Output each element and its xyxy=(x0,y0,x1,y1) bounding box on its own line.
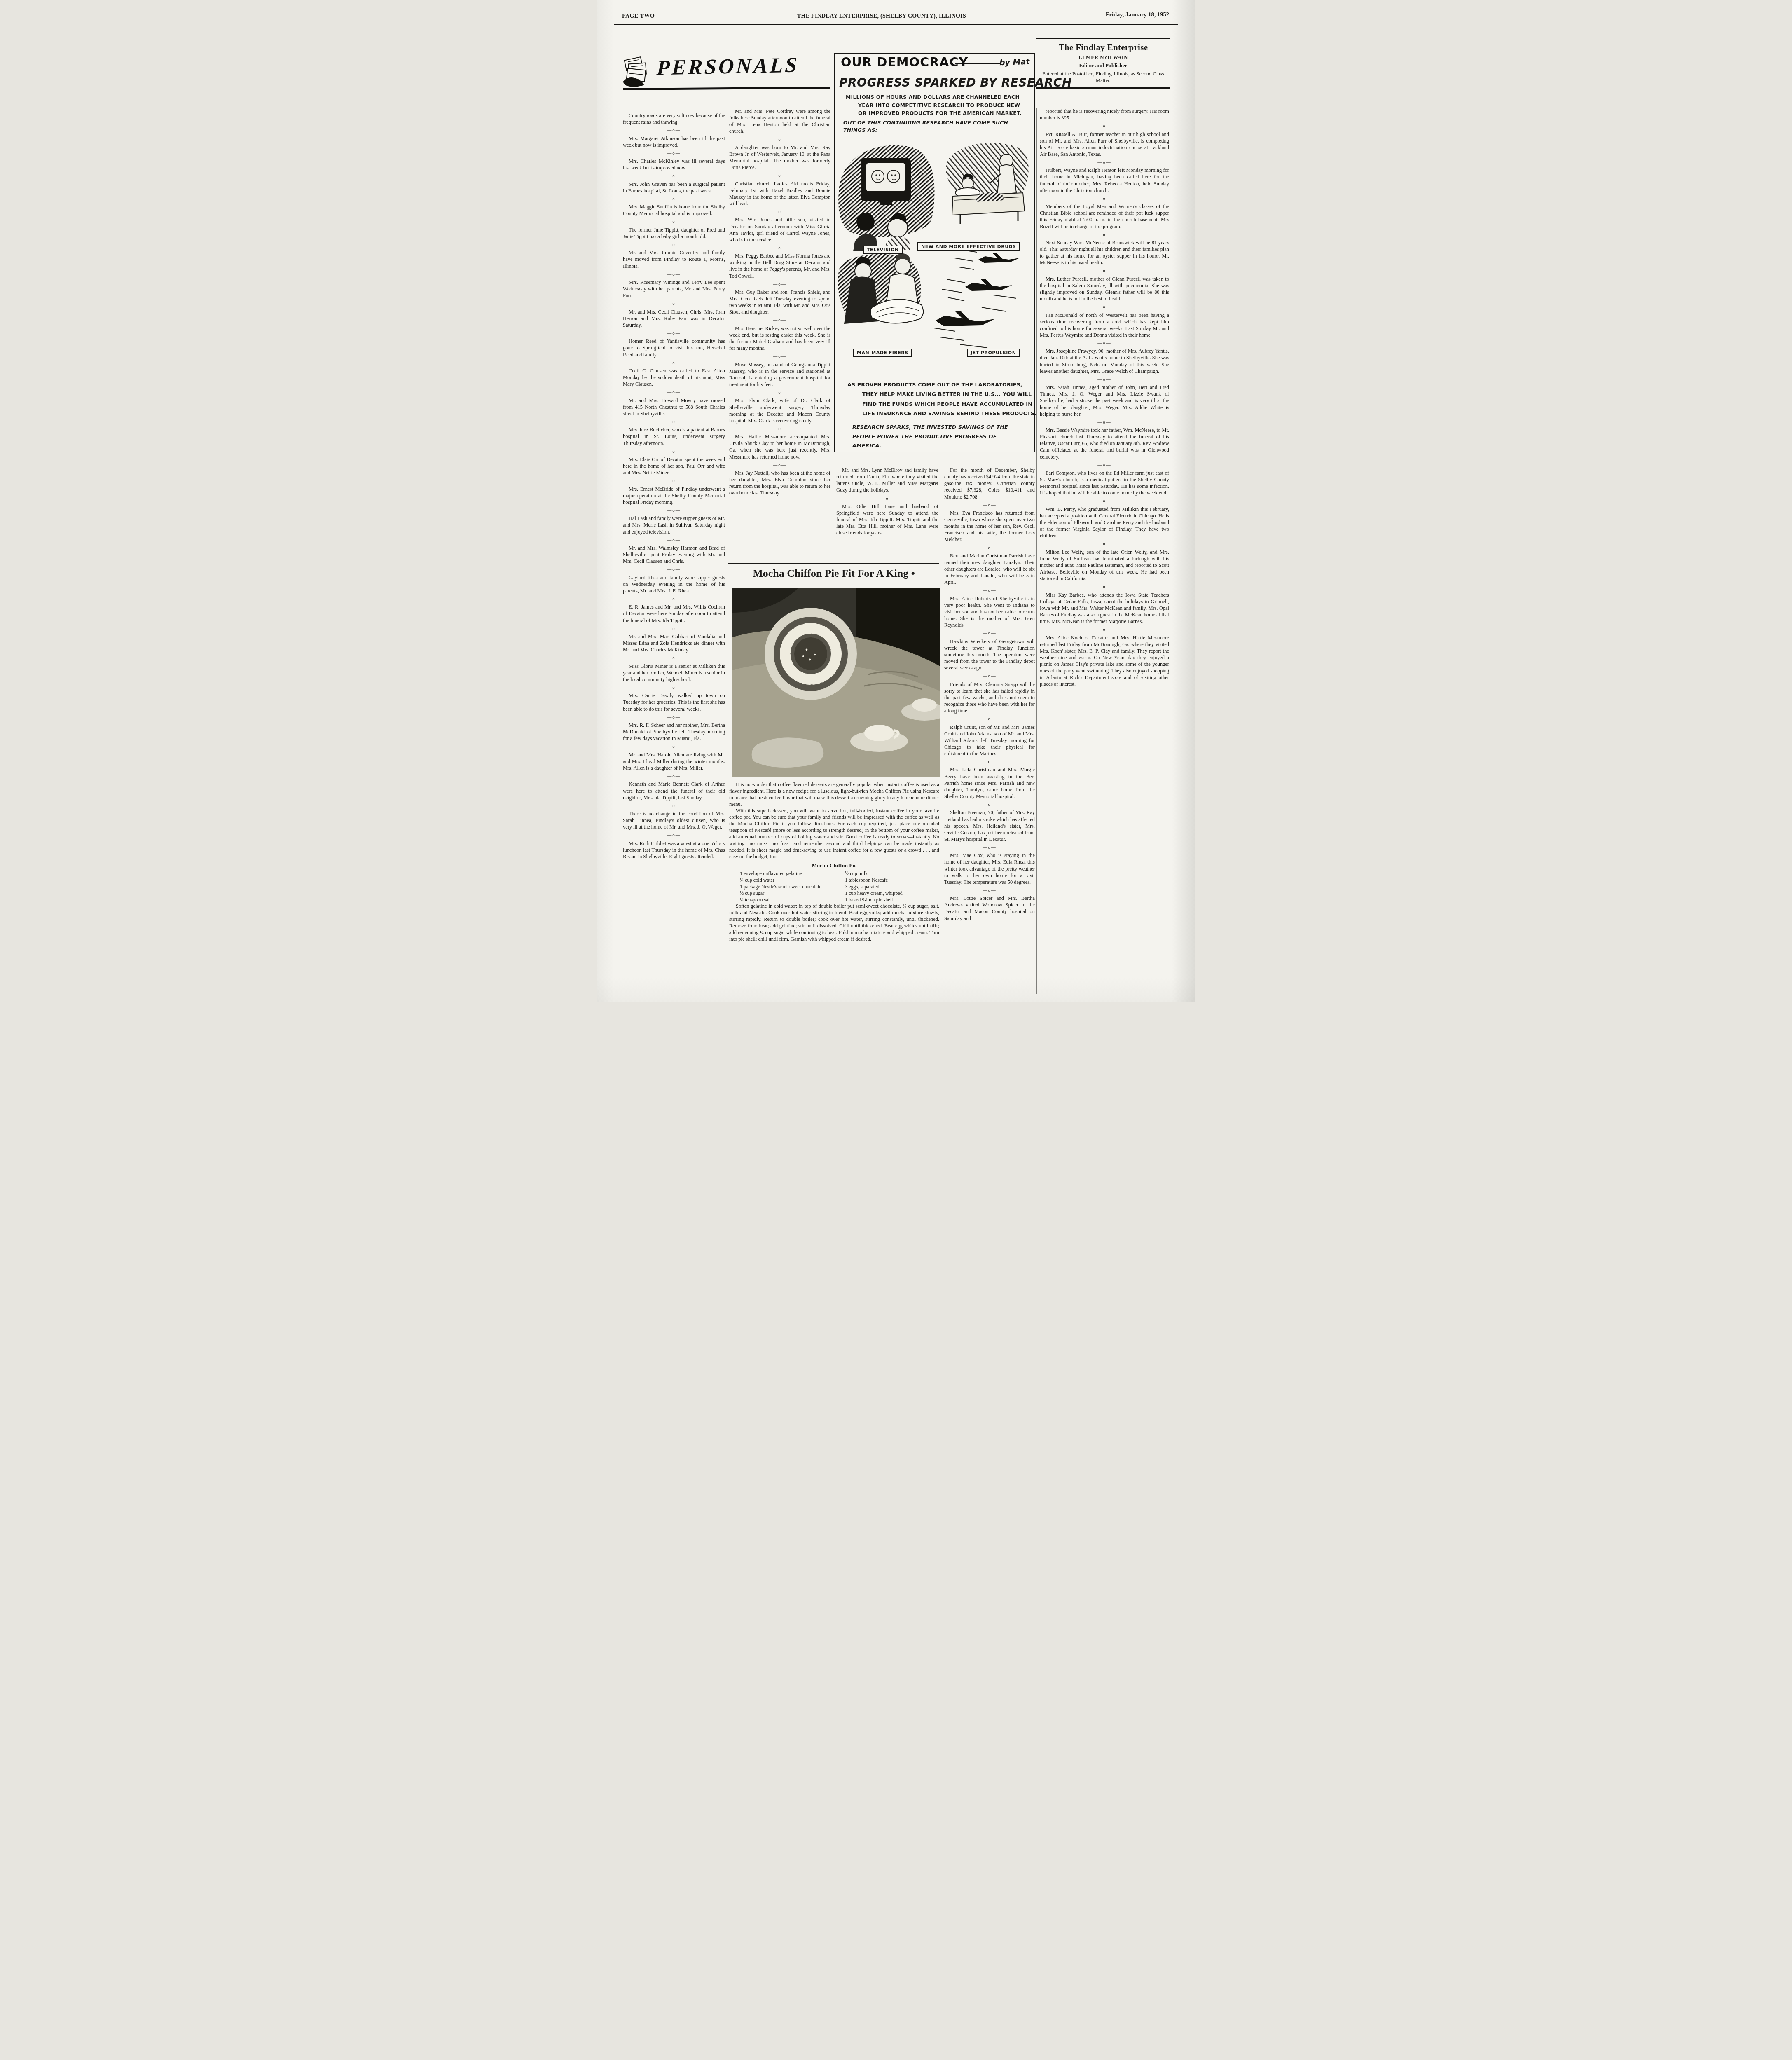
item-separator: —o— xyxy=(729,209,830,215)
news-item: Gaylord Rhea and family were supper gues… xyxy=(623,574,725,594)
news-item: Members of the Loyal Men and Women's cla… xyxy=(1040,203,1169,230)
item-separator: —o— xyxy=(1040,159,1169,165)
ingredient-row: ½ cup milk xyxy=(838,870,939,877)
news-item: Mrs. Lottie Spicer and Mrs. Bertha Andre… xyxy=(944,895,1035,922)
ingredient-row: 1 baked 9-inch pie shell xyxy=(838,897,939,903)
ingredient-row: ½ cup sugar xyxy=(733,890,834,897)
item-separator: —o— xyxy=(1040,268,1169,274)
news-item: Mrs. Jay Nuttall, who has been at the ho… xyxy=(729,470,830,496)
news-item: Country roads are very soft now because … xyxy=(623,112,725,125)
label-jet: JET PROPULSION xyxy=(967,349,1020,357)
news-item: Pvt. Russell A. Furr, former teacher in … xyxy=(1040,131,1169,158)
ingredient-row: 1 tablespoon Nescafé xyxy=(838,877,939,883)
pie-ingredients-left: 1 envelope unflavored gelatine¼ cup cold… xyxy=(729,870,834,903)
cartoon-title: OUR DEMOCRACY xyxy=(841,55,968,70)
news-item: Mrs. Elsie Orr of Decatur spent the week… xyxy=(623,456,725,476)
cartoon-caption: AS PROVEN PRODUCTS COME OUT OF THE LABOR… xyxy=(847,380,1039,418)
item-separator: —o— xyxy=(623,389,725,395)
item-separator: —o— xyxy=(623,173,725,179)
item-separator: —o— xyxy=(729,426,830,432)
news-item: Mr. and Mrs. Cecil Clausen, Chris, Mrs. … xyxy=(623,309,725,328)
item-separator: —o— xyxy=(729,353,830,359)
news-item: Mrs. Mae Cox, who is staying in the home… xyxy=(944,852,1035,885)
pie-intro-1: It is no wonder that coffee-flavored des… xyxy=(729,782,939,808)
news-item: Next Sunday Wm. McNeese of Brunswick wil… xyxy=(1040,239,1169,266)
item-separator: —o— xyxy=(623,596,725,602)
newspaper-title: THE FINDLAY ENTERPRISE, (SHELBY COUNTY),… xyxy=(733,13,1030,20)
news-item: Mrs. Charles McKinley was ill several da… xyxy=(623,158,725,171)
news-item: Ralph Cruitt, son of Mr. and Mrs. James … xyxy=(944,724,1035,757)
header-rule-right xyxy=(1034,21,1170,21)
news-item: Mrs. Hattie Messmore accompanied Mrs. Ur… xyxy=(729,433,830,460)
news-item: Mrs. Margaret Atkinson has been ill the … xyxy=(623,135,725,148)
item-separator: —o— xyxy=(944,716,1035,722)
news-item: Mr. and Mrs. Mart Gabbart of Vandalia an… xyxy=(623,633,725,653)
news-item: Shelton Freeman, 70, father of Mrs. Ray … xyxy=(944,809,1035,843)
news-item: A daughter was born to Mr. and Mrs. Ray … xyxy=(729,144,830,171)
item-separator: —o— xyxy=(1040,627,1169,632)
pie-directions: Soften gelatine in cold water; in top of… xyxy=(729,903,939,942)
cartoon-caption-2: RESEARCH SPARKS, THE INVESTED SAVINGS OF… xyxy=(852,423,1025,451)
ingredient-row: ¼ teaspoon salt xyxy=(733,897,834,903)
pie-headline: Mocha Chiffon Pie Fit For A King • xyxy=(728,567,939,580)
item-separator: —o— xyxy=(729,173,830,178)
item-separator: —o— xyxy=(729,390,830,396)
item-separator: —o— xyxy=(623,242,725,248)
ingredient-row: 1 envelope unflavored gelatine xyxy=(733,870,834,877)
item-separator: —o— xyxy=(944,673,1035,679)
news-item: Wm. B. Perry, who graduated from Milliki… xyxy=(1040,506,1169,539)
item-separator: —o— xyxy=(623,219,725,225)
personals-column-5: reported that he is recovering nicely fr… xyxy=(1040,108,1169,994)
news-item: Mrs. Ruth Cribbet was a guest at a one o… xyxy=(623,840,725,860)
news-item: Mrs. Odie Hill Lane and husband of Sprin… xyxy=(836,503,938,536)
header-rule xyxy=(614,24,1178,25)
news-item: Mr. and Mrs. Walmsley Harmon and Brad of… xyxy=(623,545,725,564)
item-separator: —o— xyxy=(944,588,1035,593)
news-item: Miss Kay Barbee, who attends the Iowa St… xyxy=(1040,592,1169,625)
news-item: Christian church Ladies Aid meets Friday… xyxy=(729,180,830,207)
item-separator: —o— xyxy=(623,272,725,277)
news-item: Mrs. Peggy Barbee and Miss Norma Jones a… xyxy=(729,253,830,279)
pie-ingredients-right: ½ cup milk1 tablespoon Nescafé3 eggs, se… xyxy=(834,870,939,903)
item-separator: —o— xyxy=(623,685,725,691)
ingredient-row: 1 package Nestle's semi-sweet chocolate xyxy=(733,883,834,890)
news-item: Mrs. Luther Purcell, mother of Glenn Pur… xyxy=(1040,276,1169,302)
news-item: Mrs. Wirt Jones and little son, visited … xyxy=(729,216,830,243)
label-television: TELEVISION xyxy=(863,246,903,254)
ingredient-row: 3 eggs, separated xyxy=(838,883,939,890)
item-separator: —o— xyxy=(944,759,1035,765)
news-item: Milton Lee Welty, son of the late Orien … xyxy=(1040,549,1169,582)
news-item: Mrs. Ernest McBride of Findlay underwent… xyxy=(623,486,725,506)
news-item: Mrs. Herschel Rickey was not so well ove… xyxy=(729,325,830,352)
news-item: Fae McDonald of north of Westervelt has … xyxy=(1040,312,1169,339)
news-item: Mrs. Carrie Dawdy walked up town on Tues… xyxy=(623,692,725,712)
item-separator: —o— xyxy=(1040,304,1169,310)
item-separator: —o— xyxy=(1040,196,1169,201)
item-separator: —o— xyxy=(944,545,1035,551)
item-separator: —o— xyxy=(623,478,725,484)
masthead-editor: ELMER McILWAIN xyxy=(1036,54,1170,61)
news-item: Miss Gloria Miner is a senior at Millike… xyxy=(623,663,725,683)
news-item: Homer Reed of Yantisville community has … xyxy=(623,338,725,358)
news-item: Mrs. Guy Baker and son, Francis Shiels, … xyxy=(729,289,830,316)
item-separator: —o— xyxy=(623,330,725,336)
item-separator: —o— xyxy=(623,773,725,779)
item-separator: —o— xyxy=(1040,232,1169,238)
pie-feature-rule xyxy=(728,563,939,564)
news-item: Mr. and Mrs. Harold Allen are living wit… xyxy=(623,751,725,771)
item-separator: —o— xyxy=(944,802,1035,808)
news-item: Mrs. Inez Boettcher, who is a patient at… xyxy=(623,426,725,446)
news-item: Hawkins Wreckers of Georgetown will wrec… xyxy=(944,638,1035,672)
item-separator: —o— xyxy=(729,317,830,323)
item-separator: —o— xyxy=(623,537,725,543)
news-item: E. R. James and Mr. and Mrs. Willis Coch… xyxy=(623,604,725,623)
personals-title: PERSONALS xyxy=(656,53,800,80)
item-separator: —o— xyxy=(1040,377,1169,382)
news-item: Mrs. Josephine Frawyey, 90, mother of Mr… xyxy=(1040,348,1169,375)
news-item: Cecil C. Clausen was called to East Alto… xyxy=(623,368,725,387)
news-item: There is no change in the condition of M… xyxy=(623,810,725,830)
item-separator: —o— xyxy=(623,449,725,454)
pie-intro-2: With this superb dessert, you will want … xyxy=(729,808,939,860)
news-item: Mr. and Mrs. Jimmie Coventry and family … xyxy=(623,249,725,269)
item-separator: —o— xyxy=(944,845,1035,850)
news-item: Mrs. Sarah Tinnea, aged mother of John, … xyxy=(1040,384,1169,417)
news-item: Mrs. Alice Koch of Decatur and Mrs. Hatt… xyxy=(1040,634,1169,688)
issue-date: Friday, January 18, 1952 xyxy=(1026,12,1169,19)
news-item: Kenneth and Marie Bennett Clark of Arthu… xyxy=(623,781,725,801)
masthead-rule-top xyxy=(1036,38,1170,39)
news-item: Mrs. John Graven has been a surgical pat… xyxy=(623,181,725,194)
news-item: Hulbert, Wayne and Ralph Henton left Mon… xyxy=(1040,167,1169,194)
news-item: Mrs. Maggie Snuffin is home from the She… xyxy=(623,204,725,217)
personals-section-header: PERSONALS xyxy=(622,52,830,91)
item-separator: —o— xyxy=(1040,498,1169,504)
column-divider xyxy=(727,111,727,995)
newspaper-page: PAGE TWO THE FINDLAY ENTERPRISE, (SHELBY… xyxy=(597,0,1195,1002)
masthead-editor-title: Editor and Publisher xyxy=(1036,62,1170,69)
item-separator: —o— xyxy=(623,832,725,838)
item-separator: —o— xyxy=(623,508,725,513)
item-separator: —o— xyxy=(729,462,830,468)
news-item: For the month of December, Shelby county… xyxy=(944,467,1035,500)
item-separator: —o— xyxy=(623,626,725,632)
item-separator: —o— xyxy=(836,496,938,501)
item-separator: —o— xyxy=(623,196,725,202)
column-divider xyxy=(833,108,833,561)
column-divider xyxy=(942,466,942,978)
item-separator: —o— xyxy=(1040,584,1169,590)
news-item: The former June Tippitt, daughter of Fre… xyxy=(623,227,725,240)
news-item: Mrs. Rosemary Winings and Terry Lee spen… xyxy=(623,279,725,299)
news-item: reported that he is recovering nicely fr… xyxy=(1040,108,1169,121)
news-item: Friends of Mrs. Clemma Snapp will be sor… xyxy=(944,681,1035,714)
item-separator: —o— xyxy=(729,281,830,287)
item-separator: —o— xyxy=(1040,419,1169,425)
item-separator: —o— xyxy=(623,127,725,133)
item-separator: —o— xyxy=(1040,340,1169,346)
label-fibers: MAN-MADE FIBERS xyxy=(853,349,912,357)
pie-recipe-article: It is no wonder that coffee-flavored des… xyxy=(729,782,939,942)
item-separator: —o— xyxy=(623,360,725,366)
item-separator: —o— xyxy=(623,419,725,425)
item-separator: —o— xyxy=(944,630,1035,636)
news-item: Mrs. Bessie Waymire took her father, Wm.… xyxy=(1040,427,1169,460)
cartoon-title-dash xyxy=(955,63,1001,64)
news-item: Earl Compton, who lives on the Ed Miller… xyxy=(1040,470,1169,496)
item-separator: —o— xyxy=(729,245,830,251)
item-separator: —o— xyxy=(1040,541,1169,547)
item-separator: —o— xyxy=(944,887,1035,893)
news-item: Mr. and Mrs. Pete Cordray were among the… xyxy=(729,108,830,135)
news-item: Mrs. Lela Christman and Mrs. Margie Beer… xyxy=(944,766,1035,800)
pie-photo xyxy=(732,588,940,777)
item-separator: —o— xyxy=(729,137,830,143)
label-drugs: NEW AND MORE EFFECTIVE DRUGS xyxy=(917,242,1020,251)
cartoon-intro: MILLIONS OF HOURS AND DOLLARS ARE CHANNE… xyxy=(846,94,1029,118)
item-separator: —o— xyxy=(623,655,725,661)
cartoon-bottom-rule xyxy=(834,456,1035,456)
item-separator: —o— xyxy=(623,150,725,156)
news-item: Mrs. Alice Roberts of Shelbyville is in … xyxy=(944,595,1035,629)
personals-column-4: For the month of December, Shelby county… xyxy=(944,467,1035,978)
cartoon-headline: PROGRESS SPARKED BY RESEARCH xyxy=(839,76,1030,89)
news-item: Mrs. Eva Francisco has returned from Cen… xyxy=(944,510,1035,543)
item-separator: —o— xyxy=(944,502,1035,508)
ingredient-row: 1 cup heavy cream, whipped xyxy=(838,890,939,897)
pie-recipe-title: Mocha Chiffon Pie xyxy=(729,862,939,869)
masthead-title: The Findlay Enterprise xyxy=(1036,42,1170,53)
item-separator: —o— xyxy=(1040,462,1169,468)
item-separator: —o— xyxy=(623,803,725,809)
cartoon-title-row: OUR DEMOCRACY by Mat xyxy=(835,54,1034,73)
our-democracy-cartoon: OUR DEMOCRACY by Mat PROGRESS SPARKED BY… xyxy=(834,53,1035,452)
item-separator: —o— xyxy=(623,301,725,307)
item-separator: —o— xyxy=(623,744,725,749)
item-separator: —o— xyxy=(623,566,725,572)
ingredient-row: ¼ cup cold water xyxy=(733,877,834,883)
personals-column-3: Mr. and Mrs. Lynn McElroy and family hav… xyxy=(836,467,938,560)
column-divider xyxy=(1036,108,1037,994)
personals-column-1: Country roads are very soft now because … xyxy=(623,112,725,994)
page-number-label: PAGE TWO xyxy=(622,13,655,20)
news-item: Bert and Marian Christman Parrish have n… xyxy=(944,552,1035,586)
news-item: Mrs. R. F. Scheer and her mother, Mrs. B… xyxy=(623,722,725,742)
letters-in-hand-icon xyxy=(622,53,656,90)
cartoon-illustration: TELEVISION NEW AND MORE EFFECTIVE DRUGS … xyxy=(837,134,1033,365)
news-item: Mr. and Mrs. Lynn McElroy and family hav… xyxy=(836,467,938,494)
news-item: Mose Massey, husband of Georgianna Tippi… xyxy=(729,361,830,388)
item-separator: —o— xyxy=(623,714,725,720)
news-item: Mr. and Mrs. Howard Mowry have moved fro… xyxy=(623,397,725,417)
personals-column-2: Mr. and Mrs. Pete Cordray were among the… xyxy=(729,108,830,560)
cartoon-intro-2: OUT OF THIS CONTINUING RESEARCH HAVE COM… xyxy=(843,119,1029,134)
news-item: Mrs. Elvin Clark, wife of Dr. Clark of S… xyxy=(729,397,830,424)
cartoon-byline: by Mat xyxy=(999,57,1029,68)
item-separator: —o— xyxy=(1040,123,1169,129)
news-item: Hal Lash and family were supper guests o… xyxy=(623,515,725,535)
